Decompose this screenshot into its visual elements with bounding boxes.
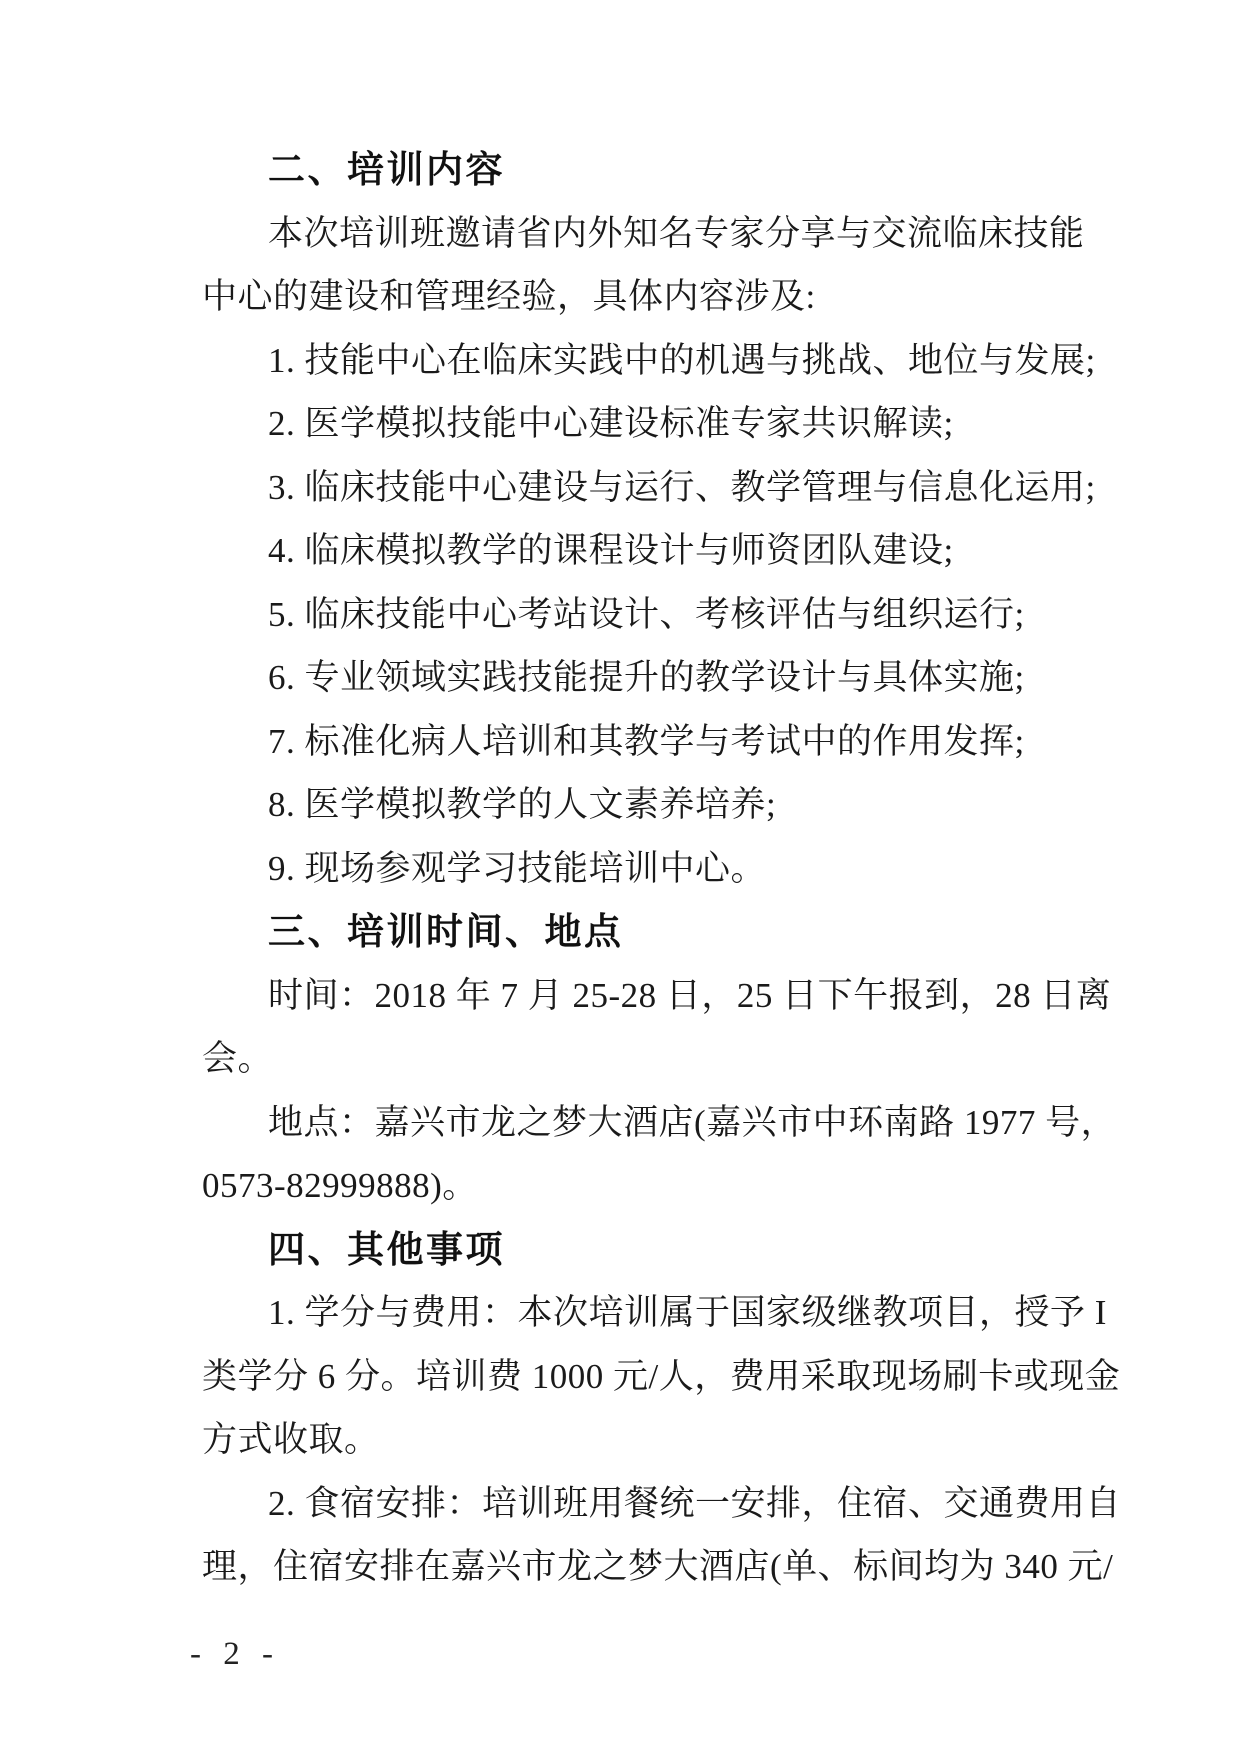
list-item-3: 3. 临床技能中心建设与运行、教学管理与信息化运用; (202, 456, 1122, 520)
list-item-8: 8. 医学模拟教学的人文素养培养; (202, 773, 1122, 837)
paragraph-line: 类学分 6 分。培训费 1000 元/人，费用采取现场刷卡或现金 (202, 1345, 1122, 1409)
list-item-1: 1. 技能中心在临床实践中的机遇与挑战、地位与发展; (202, 329, 1122, 393)
paragraph-line-credits-fee: 1. 学分与费用：本次培训属于国家级继教项目，授予 I (202, 1281, 1122, 1345)
paragraph-line-location: 地点：嘉兴市龙之梦大酒店(嘉兴市中环南路 1977 号， (202, 1091, 1122, 1155)
paragraph-line-phone: 0573-82999888)。 (202, 1154, 1122, 1218)
paragraph-line: 方式收取。 (202, 1408, 1122, 1472)
paragraph-line: 理，住宿安排在嘉兴市龙之梦大酒店(单、标间均为 340 元/ (202, 1535, 1122, 1599)
paragraph-line-accommodation: 2. 食宿安排：培训班用餐统一安排，住宿、交通费用自 (202, 1472, 1122, 1536)
paragraph-line: 中心的建设和管理经验，具体内容涉及: (202, 265, 1122, 329)
list-item-4: 4. 临床模拟教学的课程设计与师资团队建设; (202, 519, 1122, 583)
list-item-2: 2. 医学模拟技能中心建设标准专家共识解读; (202, 392, 1122, 456)
document-body: 二、培训内容 本次培训班邀请省内外知名专家分享与交流临床技能 中心的建设和管理经… (202, 138, 1122, 1599)
section-heading-other-matters: 四、其他事项 (202, 1218, 1122, 1282)
list-item-5: 5. 临床技能中心考站设计、考核评估与组织运行; (202, 583, 1122, 647)
document-page: 二、培训内容 本次培训班邀请省内外知名专家分享与交流临床技能 中心的建设和管理经… (0, 0, 1240, 1754)
list-item-7: 7. 标准化病人培训和其教学与考试中的作用发挥; (202, 710, 1122, 774)
paragraph-line-time: 时间：2018 年 7 月 25-28 日，25 日下午报到，28 日离 (202, 964, 1122, 1028)
section-heading-time-location: 三、培训时间、地点 (202, 900, 1122, 964)
paragraph-line: 本次培训班邀请省内外知名专家分享与交流临床技能 (202, 202, 1122, 266)
paragraph-line: 会。 (202, 1027, 1122, 1091)
list-item-9: 9. 现场参观学习技能培训中心。 (202, 837, 1122, 901)
page-number: - 2 - (190, 1636, 280, 1673)
section-heading-training-content: 二、培训内容 (202, 138, 1122, 202)
list-item-6: 6. 专业领域实践技能提升的教学设计与具体实施; (202, 646, 1122, 710)
